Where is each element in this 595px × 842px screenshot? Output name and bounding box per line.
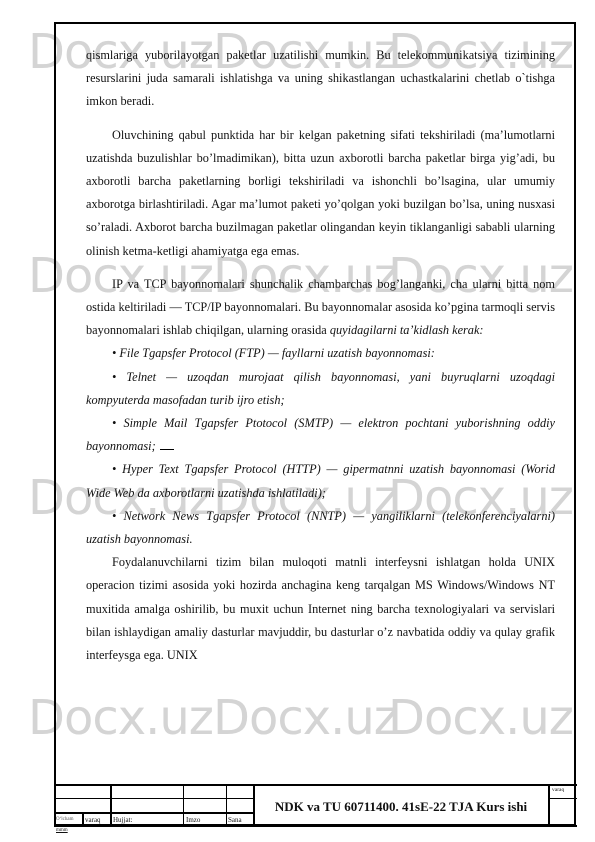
label-varaq: varaq [85,815,101,825]
label-hujjat: Hujjat: [113,815,132,825]
document-body: qismlariga yuborilayotgan paketlar uzati… [86,44,555,667]
paragraph-user-interface: Foydalanuvchilarni tizim bilan muloqoti … [86,551,555,667]
document-code-title: NDK va TU 60711400. 41sE-22 TJA Kurs ish… [254,786,548,827]
paragraph-packet-check: Oluvchining qabul punktida har bir kelga… [86,124,555,263]
list-item-http: • Hyper Text Tgapsfer Protocol (HTTP) — … [86,458,555,504]
paragraph-tcp-ip-italic: quyidagilarni ta’kidlash kerak: [330,323,484,337]
paragraph-tcp-ip: IP va TCP bayonnomalari shunchalik chamb… [86,273,555,343]
label-olcham: O‘lcham [56,815,74,825]
paragraph-continuation: qismlariga yuborilayotgan paketlar uzati… [86,44,555,114]
label-sana: Sana [228,815,242,825]
list-item-telnet: • Telnet — uzoqdan murojaat qilish bayon… [86,366,555,412]
list-item-smtp: • Simple Mail Tgapsfer Ptotocol (SMTP) —… [86,412,555,458]
sheet-label: varaq [552,787,564,793]
paragraph-tcp-ip-text: IP va TCP bayonnomalari shunchalik chamb… [86,277,555,337]
list-item-nntp: • Network News Tgapsfer Protocol (NNTP) … [86,505,555,551]
list-item-ftp: • File Tgapsfer Protocol (FTP) — fayllar… [86,342,555,365]
label-olcham-sub: mmm [56,826,68,836]
label-imzo: Imzo [186,815,200,825]
list-item-smtp-text: • Simple Mail Tgapsfer Ptotocol (SMTP) —… [86,416,555,453]
underline-mark [160,439,174,450]
